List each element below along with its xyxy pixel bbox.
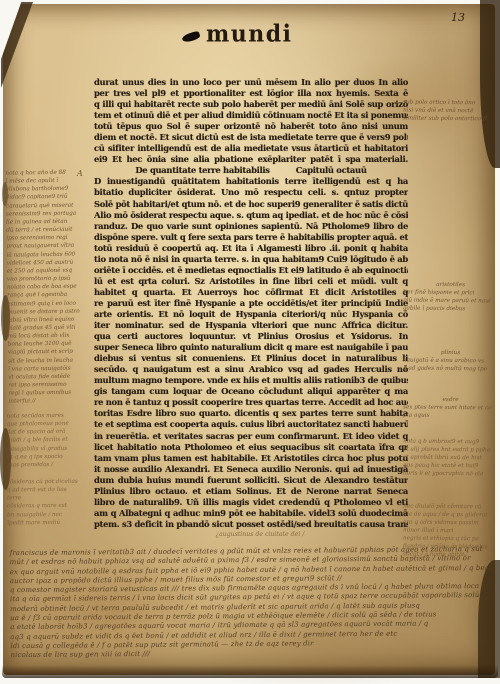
- print-line: oriēte ī occidēs. et ē medietas eqnoctia…: [94, 265, 408, 276]
- right-margin-note-polar: sub polo artico ī toto ānonisi vnū diē e…: [403, 99, 498, 124]
- print-line: licet habitatio nota Ptholomeo et eius s…: [94, 442, 408, 453]
- note-lines: īter finē hispanie et prīcipiū indie ē m…: [403, 289, 498, 314]
- note-lines: nauigatū ē a sinu arabico vsq ad gades n…: [403, 357, 498, 374]
- page-edge-shadow-bottom: [2, 665, 498, 678]
- left-margin-note-dias: nota q hoc año de 88ī mēse dec apulit īv…: [5, 168, 96, 406]
- marginalia-line: pta aquis: [403, 412, 498, 421]
- print-line: lū et est qrta coluri. Sz Aristotiles in…: [94, 276, 408, 287]
- print-line: am q Albategni q adhuc min9 pōt ee habit…: [94, 508, 408, 519]
- left-margin-note-3: cōsideras cū pōt diceliasq ad terrā est …: [7, 478, 96, 528]
- left-margin-note-2: nota secūdas maresque ptholomeus ponedat…: [7, 411, 96, 469]
- print-line: super Seneca libro quinto naturalium dic…: [94, 342, 408, 353]
- print-line: Alio mō ōsiderat respectu aque. s. qtum …: [94, 210, 408, 221]
- chapter-heading-number: Capitulū octauū: [296, 165, 367, 176]
- print-line: it nosse auxilio Alexandri. Et Seneca au…: [94, 464, 408, 475]
- note-lines: sex ptes terre sunt hitate et copta aqui…: [403, 404, 498, 421]
- below-print-note: ¿augustinus de ciuitate dei /: [158, 531, 362, 538]
- print-line: durat unus dies in uno loco per unū mēse…: [94, 77, 408, 88]
- marginalia-line: gabile ī paucis diebus: [403, 305, 498, 314]
- print-line: dum dubia huius mundi fuerunt solliciti.…: [94, 475, 408, 486]
- print-line: libro de naturalib9. Uñ illis magis vide…: [94, 497, 408, 508]
- marginalia-line: īpedit mare mediū: [7, 518, 95, 527]
- print-line: diebus si ventus sit conueniens. Et Plin…: [94, 353, 408, 364]
- running-title: mundi: [206, 20, 293, 47]
- print-line: te et septima est cooperta aquis. cuius …: [94, 419, 408, 430]
- print-line: secūdo. q nauigatum est a sinu Arabico v…: [94, 364, 408, 375]
- marginalia-line: q ad gades nō multū mag tpe: [403, 365, 498, 374]
- print-line: arte orientis. Et nō loquit de Hyspania …: [94, 309, 408, 320]
- right-margin-note-esdre: esdre sex ptes terre sunt hitate et copt…: [403, 396, 498, 421]
- print-line: tem et otinuū diē et per aliud dimidiū c…: [94, 110, 408, 121]
- print-line: tam vnam plus tamen est habitabile. Et A…: [94, 453, 408, 464]
- right-margin-note-plinius: plinius nauigatū ē a sinu arabico vsq ad…: [403, 349, 498, 374]
- chapter-heading-title: De quantitate terre habitabilis: [135, 165, 269, 176]
- marginalia-line: libris ii et ypocraphis nō oīa: [403, 470, 498, 479]
- print-line: ptem. s3 deficit in pbandō sicut posset …: [94, 519, 408, 530]
- print-lines-body: D inuestigandū quātitatem habitationis t…: [94, 176, 408, 530]
- print-line: gis tangam cum loquar de Oceano cōcludun…: [94, 386, 408, 397]
- right-margin-note-aristotiles: aristotiles īter finē hispanie et prīcip…: [403, 281, 498, 314]
- print-line: dispōne spere. vult q fere sexta pars te…: [94, 232, 408, 243]
- right-margin-note-ambrosius: nota q b ambrosi9 et aug9et alij plures …: [403, 438, 498, 479]
- folio-number: 13: [451, 11, 465, 24]
- print-line: randuz. De quo varie sunt opiniones sapi…: [94, 221, 408, 232]
- print-line: diem et noctē. Et sicut dictū est de ist…: [94, 132, 408, 143]
- print-line: qua certi auctores loquuntur. vt Plinius…: [94, 331, 408, 342]
- chapter-heading: De quantitate terre habitabilis Capitulū…: [94, 165, 408, 176]
- print-line: ei9 Et hec ōnia sine alia pbatione exēpl…: [94, 154, 408, 165]
- print-line: totū tēpus quo Sol ē super orizontē nō h…: [94, 121, 408, 132]
- print-line: tio nota nō ē nisi in quarta terre. s. i…: [94, 254, 408, 265]
- marginalia-line: interfui //: [9, 397, 97, 406]
- print-line: per tres vel pl9 et pportionaliter est l…: [94, 88, 408, 99]
- print-line: in reuerētia. et veritates sacras per eu…: [94, 431, 408, 442]
- print-line: totū residuū ē coopertū aq. Et ita ī Alg…: [94, 243, 408, 254]
- print-line: D inuestigandū quātitatem habitationis t…: [94, 176, 408, 187]
- print-line: bitatio dupliciter ōsiderat. Uno mō resp…: [94, 187, 408, 198]
- print-line: re non ē tantuz q possit cooperire tres …: [94, 397, 408, 408]
- print-lines-top: durat unus dies in uno loco per unū mēse…: [94, 77, 408, 165]
- print-line: re paruū est īter finē Hyspanie a pte oc…: [94, 298, 408, 309]
- print-line: habitet q quarta. Et Auerroys hoc cōfirm…: [94, 287, 408, 298]
- print-line: Solē pōt habitari/et qtum nō. et de hoc …: [94, 199, 408, 210]
- print-line: toritas Esdre libro suo quarto. dicentis…: [94, 408, 408, 419]
- print-line: multum magno tempore. vnde ex hiis et mu…: [94, 375, 408, 386]
- printed-text-block: durat unus dies in uno loco per unū mēse…: [94, 77, 408, 530]
- print-line: q illi qui habitarēt recte sub polo habe…: [94, 99, 408, 110]
- marginalia-line: similiter sub polo antartico //: [403, 115, 498, 124]
- bottom-annotation: franciscus de maronis ī veritatib3 ait /…: [10, 545, 493, 661]
- print-line: cū sifiter intelligendū est de alia medi…: [94, 143, 408, 154]
- print-line: iter nominatur. sed de Hyspania vlterior…: [94, 320, 408, 331]
- scanned-book-page-photo: mundi 13 durat unus dies in uno loco per…: [0, 0, 500, 684]
- print-line: Plinius libro octauo. et etiam Solinus. …: [94, 486, 408, 497]
- marginalia-line: mas premēdas /: [7, 460, 95, 469]
